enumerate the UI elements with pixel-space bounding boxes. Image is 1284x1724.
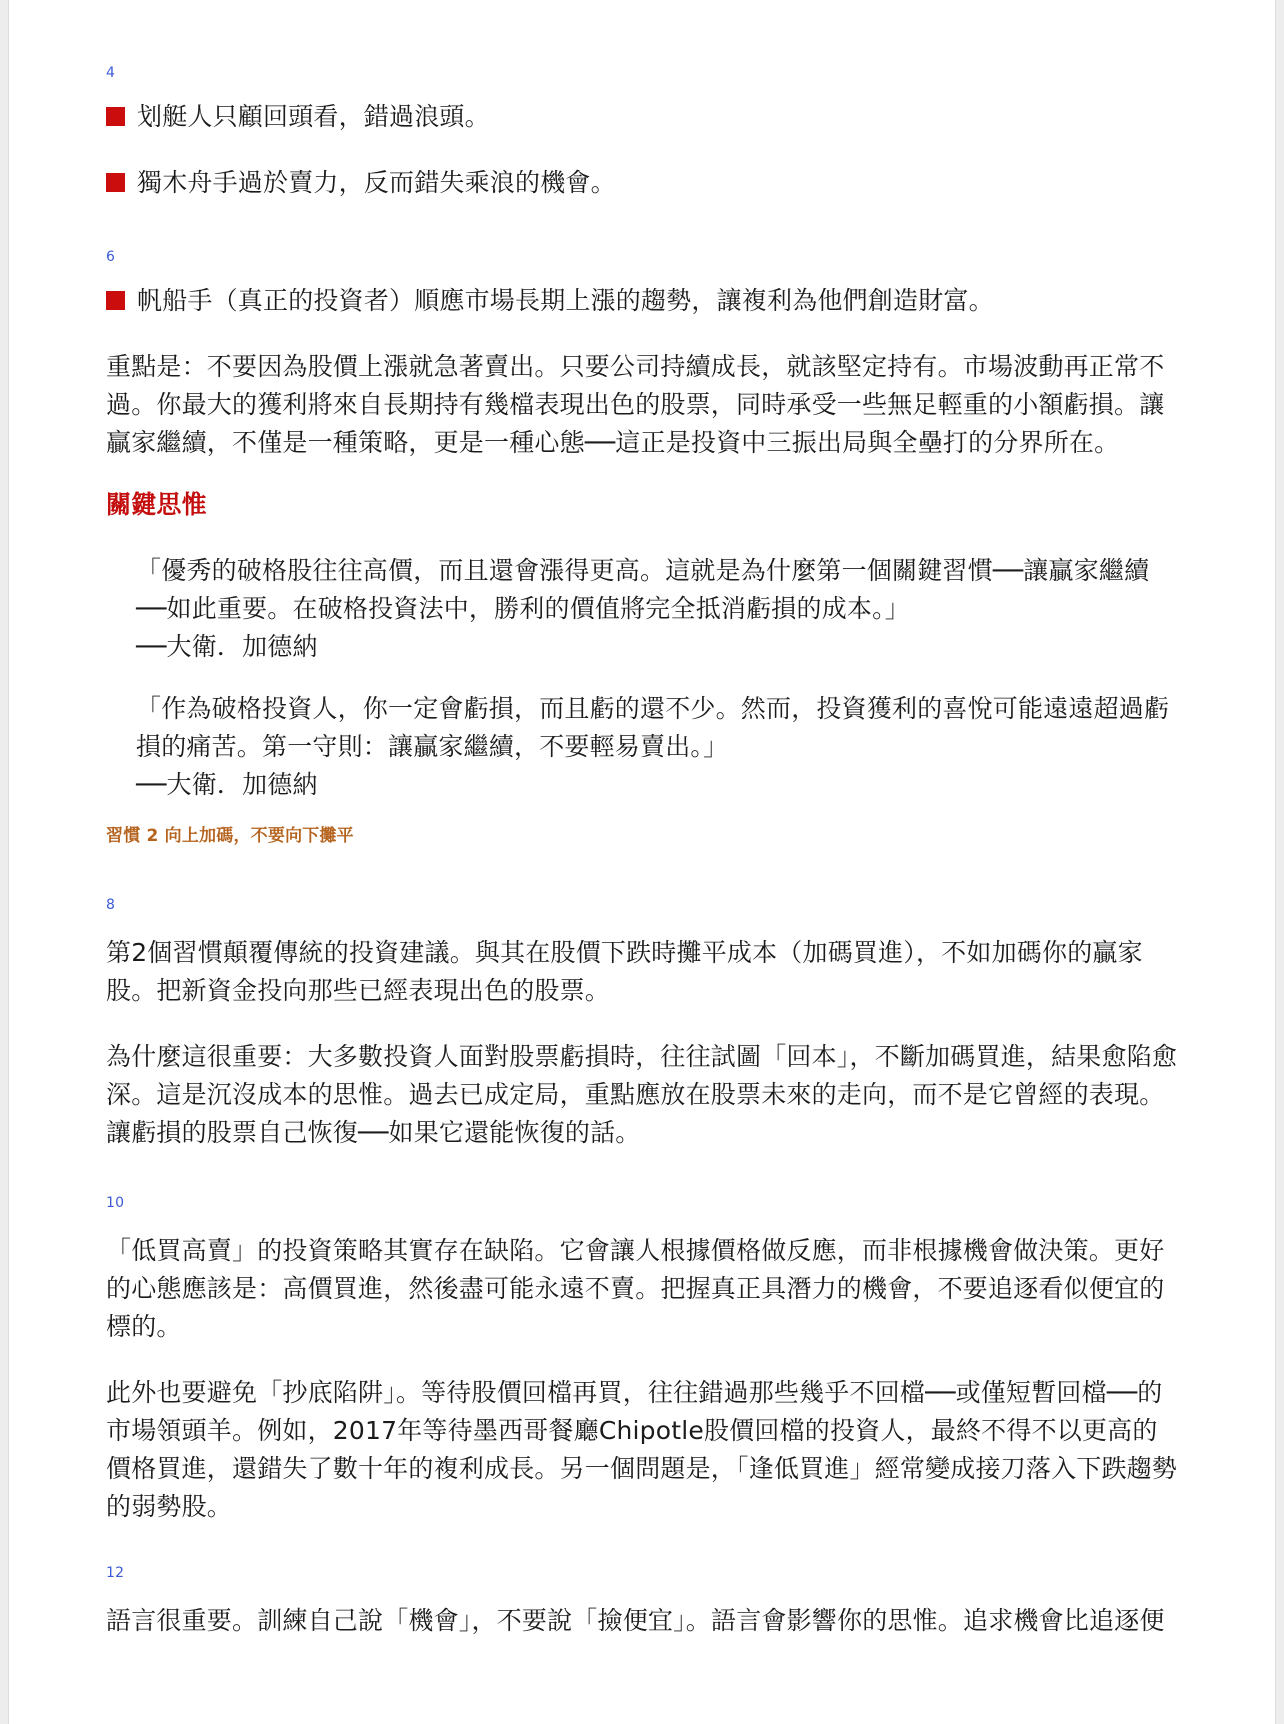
location-marker-8[interactable]: 8 xyxy=(106,896,1179,914)
paragraph-language-matters: 語言很重要。訓練自己說「機會」，不要說「撿便宜」。語言會影響你的思惟。追求機會比… xyxy=(106,1602,1179,1640)
bullet-text: 划艇人只顧回頭看，錯過浪頭。 xyxy=(137,98,490,136)
paragraph-buy-low-flaw: 「低買高賣」的投資策略其實存在缺陷。它會讓人根據價格做反應，而非根據機會做決策。… xyxy=(106,1232,1179,1346)
quote-block-1: 「優秀的破格股往往高價，而且還會漲得更高。這就是為什麼第一個關鍵習慣──讓贏家繼… xyxy=(106,552,1179,666)
location-marker-10[interactable]: 10 xyxy=(106,1194,1179,1212)
bullet-text: 獨木舟手過於賣力，反而錯失乘浪的機會。 xyxy=(137,164,616,202)
document-page: 4 划艇人只顧回頭看，錯過浪頭。 獨木舟手過於賣力，反而錯失乘浪的機會。 6 帆… xyxy=(8,0,1276,1724)
paragraph-bottom-fishing: 此外也要避免「抄底陷阱」。等待股價回檔再買，往往錯過那些幾乎不回檔──或僅短暫回… xyxy=(106,1374,1179,1526)
paragraph-key-point: 重點是：不要因為股價上漲就急著賣出。只要公司持續成長，就該堅定持有。市場波動再正… xyxy=(106,348,1179,462)
quote-attribution: ──大衛．加德納 xyxy=(136,628,1179,666)
location-marker-12[interactable]: 12 xyxy=(106,1564,1179,1582)
paragraph-habit2-intro: 第2個習慣顛覆傳統的投資建議。與其在股價下跌時攤平成本（加碼買進），不如加碼你的… xyxy=(106,934,1179,1010)
quote-attribution: ──大衛．加德納 xyxy=(136,766,1179,804)
key-thinking-heading: 關鍵思惟 xyxy=(106,488,1179,522)
bullet-text: 帆船手（真正的投資者）順應市場長期上漲的趨勢，讓複利為他們創造財富。 xyxy=(137,282,994,320)
paragraph-why-important: 為什麼這很重要：大多數投資人面對股票虧損時，往往試圖「回本」，不斷加碼買進，結果… xyxy=(106,1038,1179,1152)
location-marker-6[interactable]: 6 xyxy=(106,248,1179,266)
bullet-item-rowboat: 划艇人只顧回頭看，錯過浪頭。 xyxy=(106,98,1179,136)
bullet-item-sailboat: 帆船手（真正的投資者）順應市場長期上漲的趨勢，讓複利為他們創造財富。 xyxy=(106,282,1179,320)
bullet-square-icon xyxy=(106,291,125,310)
quote-text: 「優秀的破格股往往高價，而且還會漲得更高。這就是為什麼第一個關鍵習慣──讓贏家繼… xyxy=(136,552,1179,628)
quote-text: 「作為破格投資人，你一定會虧損，而且虧的還不少。然而，投資獲利的喜悅可能遠遠超過… xyxy=(136,690,1179,766)
bullet-item-canoe: 獨木舟手過於賣力，反而錯失乘浪的機會。 xyxy=(106,164,1179,202)
bullet-square-icon xyxy=(106,173,125,192)
quote-block-2: 「作為破格投資人，你一定會虧損，而且虧的還不少。然而，投資獲利的喜悅可能遠遠超過… xyxy=(106,690,1179,804)
habit2-section-heading: 習慣 2 向上加碼，不要向下攤平 xyxy=(106,824,1179,848)
document-content: 4 划艇人只顧回頭看，錯過浪頭。 獨木舟手過於賣力，反而錯失乘浪的機會。 6 帆… xyxy=(9,0,1275,1640)
bullet-square-icon xyxy=(106,107,125,126)
location-marker-4[interactable]: 4 xyxy=(106,64,1179,82)
